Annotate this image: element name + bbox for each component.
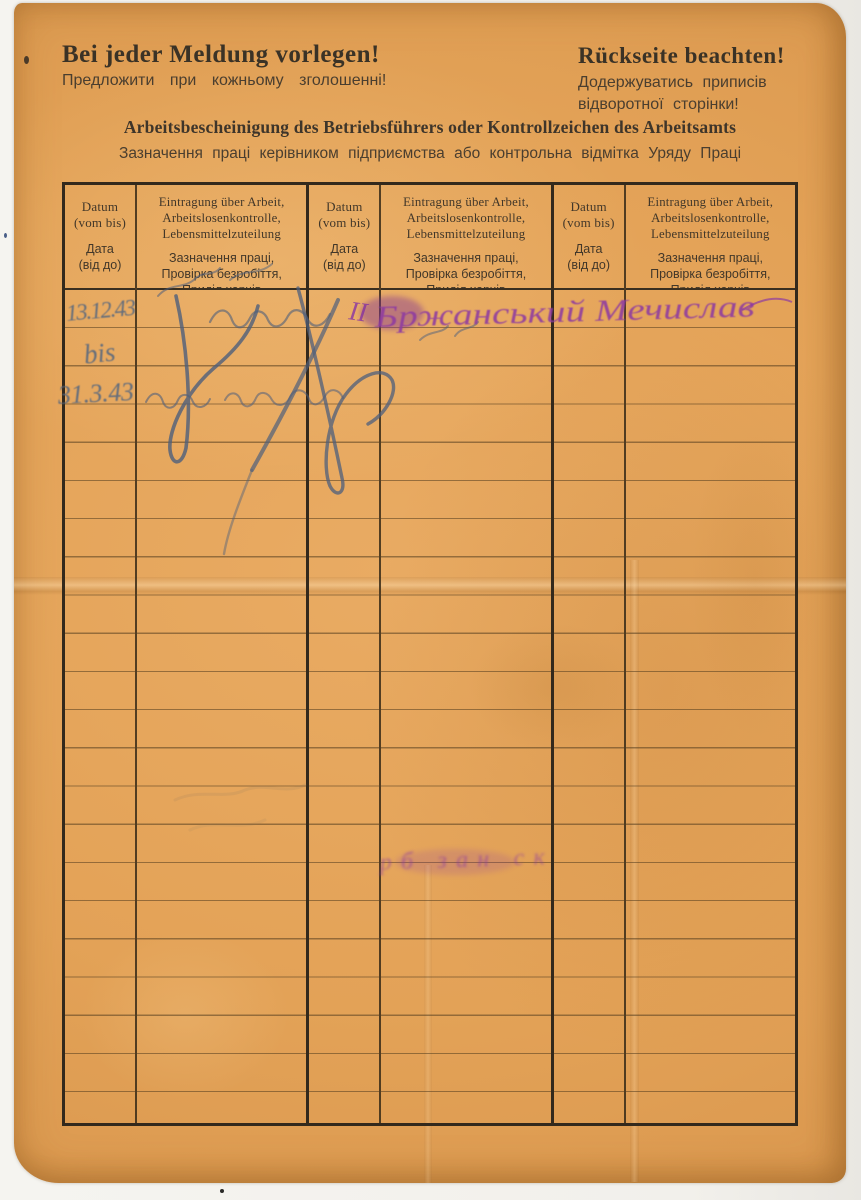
eintragung-header-uk-line3: Приділ харчів [381,282,550,290]
datum-column-header: Datum (vom bis) Дата (від до) [554,185,624,290]
eintragung-header-uk-line1: Зазначення праці, [626,250,795,266]
eintragung-column-header: Eintragung über Arbeit, Arbeitslosenkont… [137,185,306,290]
notice-right-ukrainian-line1: Додержуватись приписів [578,74,767,92]
eintragung-header-de-line1: Eintragung über Arbeit, [381,195,550,211]
datum-header-de-line2: (vom bis) [309,215,379,231]
document-title-german: Arbeitsbescheinigung des Betriebsführers… [62,117,798,138]
eintragung-header-de-line3: Lebensmittelzuteilung [626,227,795,243]
datum-column: Datum (vom bis) Дата (від до) [554,185,626,1123]
eintragung-header-uk-line1: Зазначення праці, [381,250,550,266]
eintragung-column-header: Eintragung über Arbeit, Arbeitslosenkont… [381,185,550,290]
ink-speck [24,56,29,64]
datum-column: Datum (vom bis) Дата (від до) [65,185,137,1123]
eintragung-header-de-line1: Eintragung über Arbeit, [626,195,795,211]
scanned-document: Bei jeder Meldung vorlegen! Предложити п… [0,0,861,1200]
datum-header-de-line1: Datum [309,199,379,215]
datum-column-cells [554,290,624,1123]
eintragung-header-de-line2: Arbeitslosenkontrolle, [626,211,795,227]
eintragung-column-cells [137,290,306,1123]
eintragung-header-uk-line3: Приділ харчів [626,282,795,290]
datum-column-cells [309,290,379,1123]
eintragung-header-de-line3: Lebensmittelzuteilung [137,227,306,243]
eintragung-header-de-line2: Arbeitslosenkontrolle, [137,211,306,227]
eintragung-column-cells [626,290,795,1123]
eintragung-column-header: Eintragung über Arbeit, Arbeitslosenkont… [626,185,795,290]
eintragung-header-uk-line1: Зазначення праці, [137,250,306,266]
datum-column: Datum (vom bis) Дата (від до) [309,185,381,1123]
datum-column-header: Datum (vom bis) Дата (від до) [65,185,135,290]
ink-speck [220,1189,224,1193]
eintragung-header-uk-line3: Приділ харчів [137,282,306,290]
datum-header-uk-line2: (від до) [309,257,379,273]
eintragung-header-uk-line2: Провірка безробіття, [137,266,306,282]
document-title-ukrainian: Зазначення праці керівником підприємства… [42,145,818,163]
datum-header-de-line1: Datum [65,199,135,215]
eintragung-header-uk-line2: Провірка безробіття, [626,266,795,282]
eintragung-column-cells [381,290,550,1123]
ink-speck [4,233,7,238]
datum-header-uk-line1: Дата [554,241,624,257]
datum-header-de-line2: (vom bis) [65,215,135,231]
datum-header-uk-line2: (від до) [65,257,135,273]
eintragung-header-de-line1: Eintragung über Arbeit, [137,195,306,211]
notice-right-german: Rückseite beachten! [578,43,785,69]
eintragung-header-de-line3: Lebensmittelzuteilung [381,227,550,243]
eintragung-column: Eintragung über Arbeit, Arbeitslosenkont… [381,185,550,1123]
datum-header-uk-line2: (від до) [554,257,624,273]
datum-header-de-line2: (vom bis) [554,215,624,231]
datum-header-uk-line1: Дата [65,241,135,257]
eintragung-column: Eintragung über Arbeit, Arbeitslosenkont… [626,185,795,1123]
notice-left-german: Bei jeder Meldung vorlegen! [62,41,380,69]
table-group-2: Datum (vom bis) Дата (від до) Eintragung… [309,185,553,1123]
datum-column-cells [65,290,135,1123]
table-group-3: Datum (vom bis) Дата (від до) Eintragung… [554,185,795,1123]
datum-header-uk-line1: Дата [309,241,379,257]
work-record-table: Datum (vom bis) Дата (від до) Eintragung… [62,182,798,1126]
table-group-1: Datum (vom bis) Дата (від до) Eintragung… [65,185,309,1123]
notice-left-ukrainian: Предложити при кожньому зголошенні! [62,72,386,90]
eintragung-column: Eintragung über Arbeit, Arbeitslosenkont… [137,185,306,1123]
notice-right-ukrainian-line2: відворотної сторінки! [578,96,739,114]
datum-header-de-line1: Datum [554,199,624,215]
eintragung-header-de-line2: Arbeitslosenkontrolle, [381,211,550,227]
datum-column-header: Datum (vom bis) Дата (від до) [309,185,379,290]
eintragung-header-uk-line2: Провірка безробіття, [381,266,550,282]
